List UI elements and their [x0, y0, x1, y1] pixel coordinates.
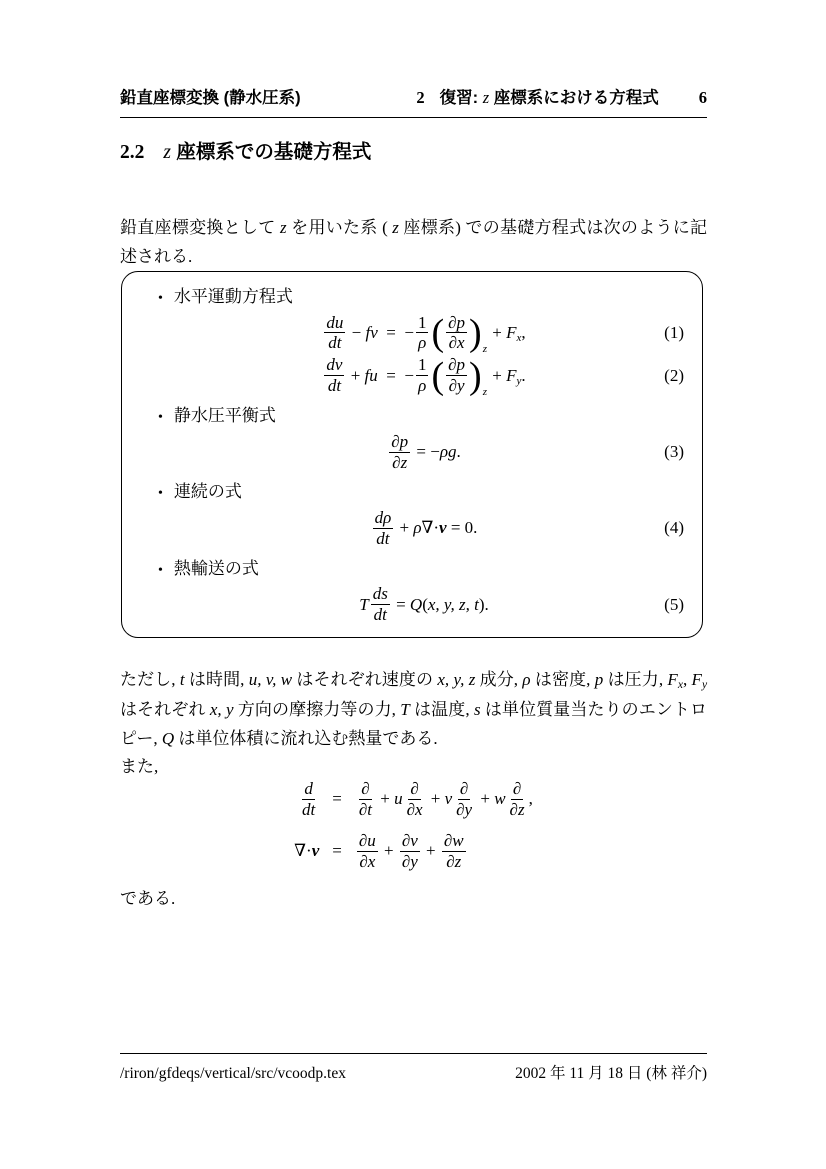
text-run: ∂ — [460, 779, 468, 798]
open-paren: ( — [431, 315, 444, 351]
text-run: 鉛直座標変換として — [120, 218, 280, 237]
text-run: dρ — [375, 508, 392, 527]
text-run: F — [506, 366, 516, 386]
paren-subscript: z — [483, 343, 487, 355]
equation-box: •水平運動方程式dudt − fv = −1ρ(∂p∂x)z + Fx,(1)d… — [121, 271, 703, 638]
equation-row: Tdsdt = Q(x, y, z, t).(5) — [158, 585, 690, 624]
intro-paragraph: 鉛直座標変換として z を用いた系 ( z 座標系) での基礎方程式は次のように… — [120, 213, 707, 271]
fraction-denominator: ρ — [416, 376, 428, 395]
fraction-denominator: ∂y — [400, 852, 420, 871]
text-run: z — [163, 142, 171, 163]
fraction-numerator: ∂w — [442, 832, 466, 852]
text-run: ρg — [440, 442, 457, 462]
section-number: 2.2 — [120, 142, 144, 164]
equation-category-label: 静水圧平衡式 — [174, 404, 276, 429]
text-run: ∂v — [402, 831, 418, 850]
equation: Tdsdt = Q(x, y, z, t). — [359, 585, 489, 624]
fraction-numerator: 1 — [416, 314, 429, 334]
text-run: + — [422, 841, 440, 861]
text-run: はそれぞれ速度の — [292, 670, 437, 689]
text-run: ただし, — [120, 670, 180, 689]
text-run: − — [347, 323, 365, 343]
text-run: 座標系における方程式 — [489, 89, 659, 107]
text-run: F — [667, 670, 677, 689]
fraction-denominator: dt — [372, 605, 389, 624]
fraction: ∂p∂z — [389, 433, 410, 472]
paren-group: (∂p∂x)z — [431, 314, 487, 353]
fraction-numerator: ∂p — [446, 356, 467, 376]
equation-number: (5) — [664, 595, 684, 615]
equation-number: (3) — [664, 442, 684, 462]
fraction-denominator: ρ — [416, 333, 428, 352]
fraction-denominator: ∂x — [357, 852, 377, 871]
text-run: ∂y — [449, 376, 465, 395]
close-paren: ) — [469, 358, 482, 394]
text-run: dt — [374, 605, 387, 624]
text-run: ∂t — [359, 800, 372, 819]
text-run: ). — [479, 595, 489, 615]
text-run: ∂x — [449, 333, 465, 352]
fraction-denominator: dt — [300, 800, 317, 819]
definition-rhs: ∂∂t + u∂∂x + v∂∂y + w∂∂z, — [355, 780, 533, 819]
fraction-denominator: ∂y — [447, 376, 467, 395]
text-run: x — [516, 332, 521, 344]
text-run: はそれぞれ — [120, 700, 210, 719]
equals-sign: = — [332, 789, 342, 809]
text-run: = − — [378, 366, 414, 386]
text-run: x, y, z, t — [428, 595, 479, 615]
footer-date: 2002 年 11 月 18 日 (林 祥介) — [515, 1061, 707, 1083]
text-run: ∂p — [391, 432, 408, 451]
fraction-numerator: ∂ — [458, 780, 470, 800]
fraction-denominator: dt — [326, 333, 343, 352]
text-run: fv — [366, 323, 378, 343]
fraction: dvdt — [324, 356, 344, 395]
box-item: •水平運動方程式dudt − fv = −1ρ(∂p∂x)z + Fx,(1)d… — [158, 285, 690, 395]
text-run: + — [376, 789, 394, 809]
text-run: ∂x — [359, 852, 375, 871]
text-run: , — [529, 789, 533, 809]
section-title: z 座標系での基礎方程式 — [163, 136, 371, 164]
text-run: dt — [328, 333, 341, 352]
fraction: ∂∂t — [357, 780, 374, 819]
fraction-numerator: dv — [324, 356, 344, 376]
text-run: Q — [410, 595, 422, 615]
text-run: ds — [373, 584, 388, 603]
text-run: 成分, — [475, 670, 522, 689]
text-run: Q — [162, 729, 174, 748]
bullet-icon: • — [158, 408, 163, 428]
text-run: v — [445, 789, 453, 809]
text-run: は単位体積に流れ込む熱量である. — [174, 729, 438, 748]
text-run: ∂w — [444, 831, 464, 850]
fraction: ddt — [300, 780, 317, 819]
fraction: dudt — [324, 314, 345, 353]
header-section-info: 2 復習: z 座標系における方程式 6 — [416, 84, 707, 108]
running-title: 鉛直座標変換 (静水圧系) — [120, 84, 301, 108]
bullet-icon: • — [158, 561, 163, 581]
fraction-numerator: ds — [371, 585, 390, 605]
fraction-denominator: ∂z — [444, 852, 463, 871]
document-page: { "header": { "left_title": "鉛直座標変換 (静水圧… — [0, 0, 826, 1169]
page-number: 6 — [699, 88, 707, 108]
text-run: = — [392, 595, 410, 615]
text-run: ∂y — [402, 852, 418, 871]
text-run: は時間, — [185, 670, 249, 689]
bullet-icon: • — [158, 289, 163, 309]
text-run: ∂ — [361, 779, 369, 798]
text-run: F — [692, 670, 702, 689]
fraction-denominator: ∂z — [508, 800, 527, 819]
text-run: y — [516, 375, 521, 387]
text-run: ∂z — [510, 800, 525, 819]
fraction-numerator: dρ — [373, 509, 394, 529]
equation: dvdt + fu = −1ρ(∂p∂y)z + Fy. — [322, 356, 525, 395]
equation-category-label: 熱輸送の式 — [174, 557, 259, 582]
text-run: + — [395, 518, 413, 538]
equation-category-label: 連続の式 — [174, 480, 242, 505]
text-run: ρ — [413, 518, 421, 538]
text-run: + — [476, 789, 494, 809]
text-run: ∇· — [422, 518, 440, 538]
equation-row: dudt − fv = −1ρ(∂p∂x)z + Fx,(1) — [158, 314, 690, 353]
text-run: 復習: — [440, 89, 483, 107]
header-section-title: 復習: z 座標系における方程式 — [440, 84, 659, 108]
equation-number: (2) — [664, 366, 684, 386]
text-run: 方向の摩擦力等の力, — [234, 700, 401, 719]
text-run: y — [702, 678, 707, 691]
fraction-numerator: ∂p — [389, 433, 410, 453]
fraction: 1ρ — [416, 314, 429, 353]
paren-group: (∂p∂y)z — [431, 356, 487, 395]
text-run: 1 — [418, 313, 427, 332]
text-run: = 0. — [447, 518, 478, 538]
fraction: ∂∂z — [508, 780, 527, 819]
close-paren: ) — [469, 315, 482, 351]
page-header: 鉛直座標変換 (静水圧系) 2 復習: z 座標系における方程式 6 — [120, 84, 707, 118]
text-run: 1 — [418, 355, 427, 374]
definition-lhs: ∇·v — [294, 841, 319, 861]
text-run: du — [326, 313, 343, 332]
text-run: u — [394, 789, 403, 809]
fraction: ∂p∂y — [446, 356, 467, 395]
fraction-numerator: ∂p — [446, 314, 467, 334]
text-run: s — [474, 700, 481, 719]
equation-row: ∂p∂z = −ρg.(3) — [158, 433, 690, 472]
fraction: ∂u∂x — [357, 832, 378, 871]
text-run: p — [595, 670, 604, 689]
box-item: •熱輸送の式Tdsdt = Q(x, y, z, t).(5) — [158, 557, 690, 624]
page-footer: /riron/gfdeqs/vertical/src/vcoodp.tex 20… — [120, 1053, 707, 1083]
text-run: ∂z — [446, 852, 461, 871]
text-run: ∂y — [456, 800, 472, 819]
fraction-denominator: dt — [326, 376, 343, 395]
text-run: T — [400, 700, 409, 719]
text-run: F — [506, 323, 516, 343]
fraction: ∂∂y — [454, 780, 474, 819]
text-run: + — [488, 323, 506, 343]
paren-content: ∂p∂y — [444, 356, 469, 395]
equation-category-label: 水平運動方程式 — [174, 285, 293, 310]
text-run: dt — [302, 800, 315, 819]
fraction-numerator: ∂v — [400, 832, 420, 852]
fraction-denominator: ∂y — [454, 800, 474, 819]
fraction-numerator: ∂ — [511, 780, 523, 800]
fraction-numerator: 1 — [416, 356, 429, 376]
fraction-numerator: ∂ — [359, 780, 371, 800]
bullet-line: •熱輸送の式 — [158, 557, 690, 582]
text-run: T — [359, 595, 368, 615]
text-run: ∂p — [448, 355, 465, 374]
description-paragraph: ただし, t は時間, u, v, w はそれぞれ速度の x, y, z 成分,… — [120, 665, 707, 753]
text-run: v — [439, 518, 447, 538]
definition-rhs: ∂u∂x + ∂v∂y + ∂w∂z — [355, 832, 468, 871]
equation-number: (1) — [664, 323, 684, 343]
open-paren: ( — [431, 358, 444, 394]
definition-lhs: ddt — [298, 780, 319, 819]
fraction: ∂∂x — [405, 780, 425, 819]
equation-number: (4) — [664, 518, 684, 538]
text-run: = − — [412, 442, 440, 462]
text-run: x, y — [210, 700, 234, 719]
equation: dρdt + ρ∇·v = 0. — [371, 509, 478, 548]
text-run: ∇· — [294, 841, 312, 861]
text-run: ρ — [418, 333, 426, 352]
text-run: dt — [328, 376, 341, 395]
text-run: ∂z — [392, 453, 407, 472]
text-run: は密度, — [531, 670, 595, 689]
text-run: 座標系での基礎方程式 — [171, 141, 371, 163]
fraction-denominator: ∂t — [357, 800, 374, 819]
fraction-numerator: du — [324, 314, 345, 334]
text-run: u, v, w — [249, 670, 292, 689]
text-run: z — [280, 218, 287, 237]
text-run: ∂ — [513, 779, 521, 798]
text-run: ∂ — [410, 779, 418, 798]
fraction: ∂p∂x — [446, 314, 467, 353]
text-run: z — [392, 218, 399, 237]
text-run: dv — [326, 355, 342, 374]
text-run: + — [346, 366, 364, 386]
text-run: + — [488, 366, 506, 386]
text-run: x, y, z — [437, 670, 475, 689]
fraction: dsdt — [371, 585, 390, 624]
fraction-denominator: dt — [374, 529, 391, 548]
bullet-line: •水平運動方程式 — [158, 285, 690, 310]
section-heading: 2.2 z 座標系での基礎方程式 — [120, 136, 371, 164]
fraction: ∂w∂z — [442, 832, 466, 871]
text-run: fu — [365, 366, 378, 386]
text-run: v — [312, 841, 320, 861]
fraction: 1ρ — [416, 356, 429, 395]
text-run: ρ — [418, 376, 426, 395]
equation-row: dvdt + fu = −1ρ(∂p∂y)z + Fy.(2) — [158, 356, 690, 395]
bullet-icon: • — [158, 484, 163, 504]
text-run: . — [457, 442, 461, 462]
text-run: を用いた系 ( — [287, 218, 393, 237]
fraction-numerator: ∂ — [408, 780, 420, 800]
fraction-denominator: ∂z — [390, 453, 409, 472]
text-run: . — [521, 366, 525, 386]
fraction: ∂v∂y — [400, 832, 420, 871]
equation-row: dρdt + ρ∇·v = 0.(4) — [158, 509, 690, 548]
fraction-denominator: ∂x — [405, 800, 425, 819]
also-label: また, — [120, 752, 158, 777]
text-run: w — [494, 789, 505, 809]
text-run: ∂x — [407, 800, 423, 819]
equation-box-items: •水平運動方程式dudt − fv = −1ρ(∂p∂x)z + Fx,(1)d… — [158, 285, 690, 624]
text-run: d — [304, 779, 313, 798]
equation: ∂p∂z = −ρg. — [387, 433, 461, 472]
equation: dudt − fv = −1ρ(∂p∂x)z + Fx, — [322, 314, 525, 353]
closing-label: である. — [120, 884, 175, 909]
text-run: は圧力, — [603, 670, 667, 689]
fraction-denominator: ∂x — [447, 333, 467, 352]
text-run: + — [427, 789, 445, 809]
source-file-path: /riron/gfdeqs/vertical/src/vcoodp.tex — [120, 1065, 346, 1083]
fraction-numerator: d — [302, 780, 315, 800]
text-run: = − — [378, 323, 414, 343]
text-run: dt — [376, 529, 389, 548]
text-run: ∂p — [448, 313, 465, 332]
text-run: + — [380, 841, 398, 861]
box-item: •連続の式dρdt + ρ∇·v = 0.(4) — [158, 480, 690, 547]
header-section-number: 2 — [416, 88, 424, 108]
text-run: は温度, — [410, 700, 474, 719]
text-run: , — [683, 670, 692, 689]
definitions-block: ddt=∂∂t + u∂∂x + v∂∂y + w∂∂z,∇·v=∂u∂x + … — [120, 780, 707, 870]
fraction: dρdt — [373, 509, 394, 548]
text-run: ρ — [522, 670, 530, 689]
bullet-line: •静水圧平衡式 — [158, 404, 690, 429]
fraction-numerator: ∂u — [357, 832, 378, 852]
text-run: ∂u — [359, 831, 376, 850]
text-run: , — [521, 323, 525, 343]
bullet-line: •連続の式 — [158, 480, 690, 505]
equals-sign: = — [332, 841, 342, 861]
box-item: •静水圧平衡式∂p∂z = −ρg.(3) — [158, 404, 690, 471]
paren-content: ∂p∂x — [444, 314, 469, 353]
paren-subscript: z — [483, 386, 487, 398]
